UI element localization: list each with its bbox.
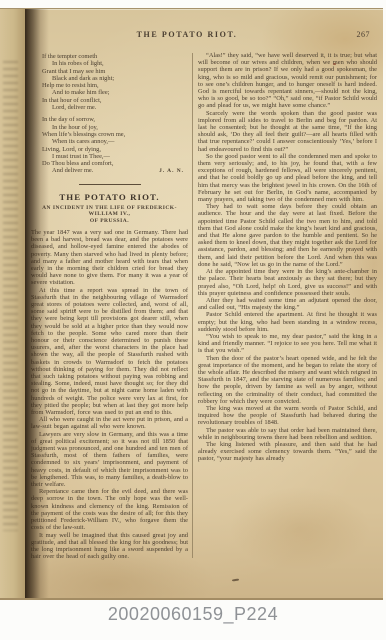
paper-stain-speck [333, 63, 336, 65]
paragraph: Pastor Schild entered the apartment. At … [198, 311, 377, 333]
poem-line: I must trust in Thee,— [52, 153, 188, 160]
paper-stain-speck [74, 309, 76, 311]
article-title: THE POTATO RIOT. [31, 192, 188, 202]
poem-line: When life’s blessings crown me, [42, 131, 188, 138]
poem-last-line: And deliver me. J. A. N. [52, 167, 188, 175]
article-subtitle: OF PRUSSIA. [31, 218, 188, 224]
paragraph: Scarcely were the words spoken than the … [198, 110, 377, 153]
page-content: THE POTATO RIOT. 267 If the tempter come… [31, 30, 377, 564]
poem-line: Living, Lord, or dying, [42, 146, 188, 153]
poem: If the tempter cometh In his robes of li… [42, 53, 188, 176]
paragraph: They had to wait some days before they c… [198, 203, 377, 268]
page-number: 267 [357, 30, 371, 39]
poem-line: Help me to resist him, [42, 82, 188, 89]
poem-line: Grant that I may see him [42, 68, 188, 75]
paragraph: All who were caught in the act were put … [31, 416, 188, 430]
book-page: THE POTATO RIOT. 267 If the tempter come… [0, 8, 383, 600]
poem-line: And deliver me. [52, 167, 93, 174]
scan-id-label: 20020060159_P224 [0, 604, 386, 625]
paragraph: The pastor was able to say that order ha… [198, 427, 377, 441]
poem-attribution: J. A. N. [159, 168, 184, 175]
poem-line: If the tempter cometh [42, 53, 188, 60]
section-divider-rule [79, 184, 141, 185]
facing-page-blurred-text [3, 61, 18, 531]
poem-line: In that hour of conflict, [42, 97, 188, 104]
paragraph: Then the door of the pastor’s heart open… [198, 355, 377, 405]
running-header-title: THE POTATO RIOT. [31, 30, 343, 39]
paragraph: It may well be imagined that this caused… [31, 532, 188, 561]
article-subtitle: AN INCIDENT IN THE LIFE OF FREDERICK-WIL… [31, 205, 188, 218]
facing-page-edge [0, 9, 25, 598]
column-divider [192, 53, 193, 558]
poem-line: And to make him flee; [52, 89, 188, 96]
paragraph: The king listened with pleasure, and the… [198, 441, 377, 463]
paragraph: The year 1847 was a very sad one in Germ… [31, 229, 188, 287]
two-column-text: If the tempter cometh In his robes of li… [31, 52, 377, 564]
scan-photo: THE POTATO RIOT. 267 If the tempter come… [0, 0, 386, 640]
paragraph: Repentance came then for the evil deed, … [31, 488, 188, 531]
poem-line: In his robes of light, [52, 60, 188, 67]
paragraph: At this time a report was spread in the … [31, 287, 188, 417]
paragraph: “You wish to speak to me, my dear pastor… [198, 333, 377, 355]
paragraph: Lawyers are very slow in Germany, and th… [31, 431, 188, 489]
poem-line: Lord, deliver me. [52, 104, 188, 111]
left-column: If the tempter cometh In his robes of li… [31, 52, 188, 564]
poem-line: In the day of sorrow, [42, 116, 188, 123]
right-column: “Alas!” they said, “we have well deserve… [198, 52, 377, 564]
paragraph: So the good pastor went to all the conde… [198, 153, 377, 203]
paragraph: The king was moved at the warm words of … [198, 405, 377, 427]
paragraph: At the appointed time they were in the k… [198, 268, 377, 297]
ink-smudge [232, 579, 239, 582]
running-header: THE POTATO RIOT. 267 [31, 30, 377, 43]
poem-line: When its cares annoy,— [52, 138, 188, 145]
paragraph: “Alas!” they said, “we have well deserve… [198, 52, 377, 110]
poem-line: In the hour of joy, [52, 124, 188, 131]
paragraph: After they had waited some time an adjut… [198, 297, 377, 311]
poem-line: Do Thou bless and comfort, [42, 160, 188, 167]
poem-line: Black and dark as night; [52, 75, 188, 82]
